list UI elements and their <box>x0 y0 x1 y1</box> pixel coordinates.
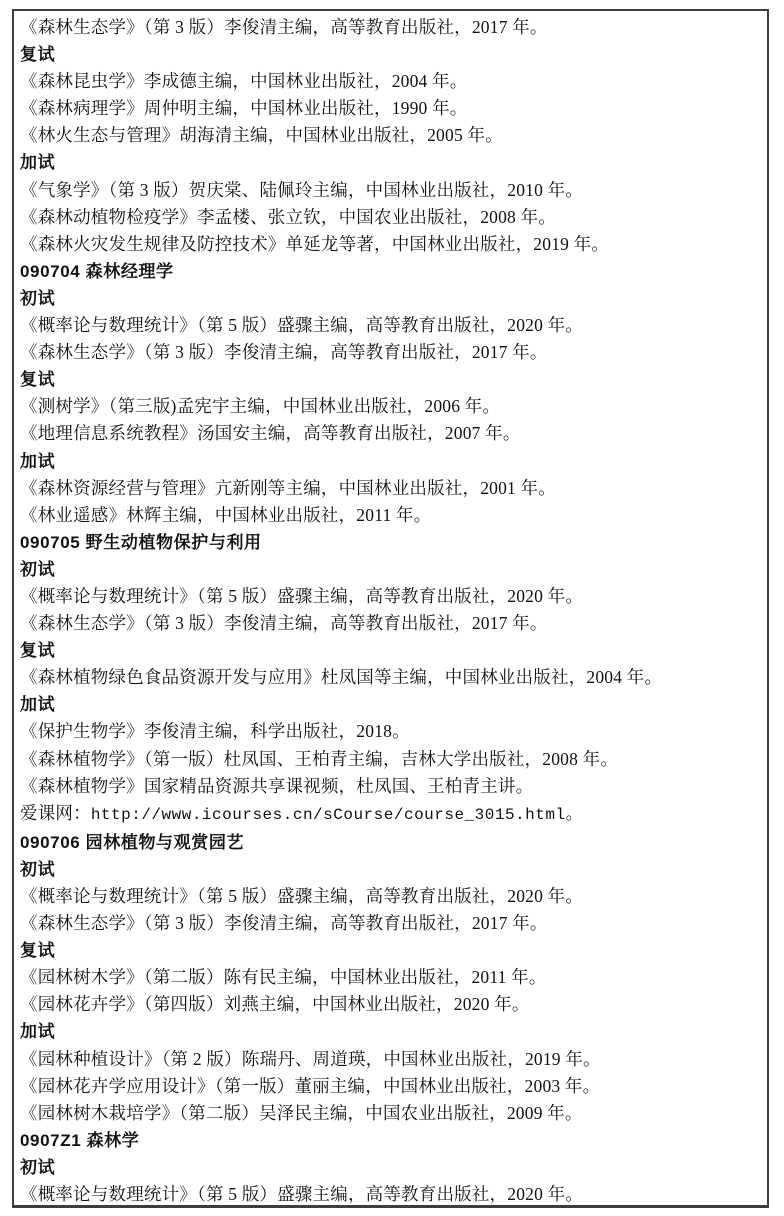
book-entry: 《森林火灾发生规律及防控技术》单延龙等著，中国林业出版社，2019 年。 <box>20 231 759 258</box>
book-entry: 《概率论与数理统计》（第 5 版）盛骤主编，高等教育出版社，2020 年。 <box>20 1181 759 1208</box>
book-entry: 《园林种植设计》（第 2 版）陈瑞丹、周道瑛，中国林业出版社，2019 年。 <box>20 1046 759 1073</box>
section-heading: 复试 <box>20 366 759 393</box>
program-heading: 090706 园林植物与观赏园艺 <box>20 829 759 856</box>
section-heading: 初试 <box>20 556 759 583</box>
book-entry: 《概率论与数理统计》（第 5 版）盛骤主编，高等教育出版社，2020 年。 <box>20 583 759 610</box>
book-entry: 《气象学》（第 3 版）贺庆棠、陆佩玲主编，中国林业出版社，2010 年。 <box>20 177 759 204</box>
book-entry: 《森林资源经营与管理》亢新刚等主编，中国林业出版社，2001 年。 <box>20 475 759 502</box>
book-entry: 《林火生态与管理》胡海清主编，中国林业出版社，2005 年。 <box>20 122 759 149</box>
section-heading: 加试 <box>20 149 759 176</box>
course-link-suffix: 。 <box>566 803 584 823</box>
section-heading: 复试 <box>20 937 759 964</box>
section-heading: 复试 <box>20 41 759 68</box>
section-heading: 复试 <box>20 637 759 664</box>
book-entry: 《森林动植物检疫学》李孟楼、张立钦，中国农业出版社，2008 年。 <box>20 204 759 231</box>
course-link-prefix: 爱课网： <box>20 803 91 823</box>
book-entry: 《测树学》（第三版)孟宪宇主编，中国林业出版社，2006 年。 <box>20 393 759 420</box>
book-entry: 《森林昆虫学》李成德主编，中国林业出版社，2004 年。 <box>20 68 759 95</box>
section-heading: 加试 <box>20 448 759 475</box>
document-page: 《森林生态学》（第 3 版）李俊清主编，高等教育出版社，2017 年。复试《森林… <box>12 9 769 1208</box>
book-entry: 《园林花卉学应用设计》（第一版）董丽主编，中国林业出版社，2003 年。 <box>20 1073 759 1100</box>
book-entry: 《森林生态学》（第 3 版）李俊清主编，高等教育出版社，2017 年。 <box>20 14 759 41</box>
course-link-line: 爱课网：http://www.icourses.cn/sCourse/cours… <box>20 800 759 829</box>
section-heading: 加试 <box>20 1018 759 1045</box>
book-entry: 《森林生态学》（第 3 版）李俊清主编，高等教育出版社，2017 年。 <box>20 339 759 366</box>
book-entry: 《森林生态学》（第 3 版）李俊清主编，高等教育出版社，2017 年。 <box>20 910 759 937</box>
section-heading: 加试 <box>20 691 759 718</box>
book-entry: 《概率论与数理统计》（第 5 版）盛骤主编，高等教育出版社，2020 年。 <box>20 312 759 339</box>
book-entry: 《森林植物绿色食品资源开发与应用》杜凤国等主编，中国林业出版社，2004 年。 <box>20 664 759 691</box>
book-entry: 《地理信息系统教程》汤国安主编，高等教育出版社，2007 年。 <box>20 420 759 447</box>
book-entry: 《园林花卉学》（第四版）刘燕主编，中国林业出版社，2020 年。 <box>20 991 759 1018</box>
program-heading: 0907Z1 森林学 <box>20 1127 759 1154</box>
book-entry: 《林业遥感》林辉主编，中国林业出版社，2011 年。 <box>20 502 759 529</box>
book-entry: 《森林病理学》周仲明主编，中国林业出版社，1990 年。 <box>20 95 759 122</box>
reference-list: 《森林生态学》（第 3 版）李俊清主编，高等教育出版社，2017 年。复试《森林… <box>20 14 759 1208</box>
book-entry: 《森林植物学》国家精品资源共享课视频，杜凤国、王柏青主讲。 <box>20 773 759 800</box>
book-entry: 《森林生态学》（第 3 版）李俊清主编，高等教育出版社，2017 年。 <box>20 610 759 637</box>
book-entry: 《园林树木栽培学》（第二版）吴泽民主编，中国农业出版社，2009 年。 <box>20 1100 759 1127</box>
course-url: http://www.icourses.cn/sCourse/course_30… <box>91 806 566 824</box>
program-heading: 090705 野生动植物保护与利用 <box>20 529 759 556</box>
program-heading: 090704 森林经理学 <box>20 258 759 285</box>
book-entry: 《保护生物学》李俊清主编，科学出版社，2018。 <box>20 718 759 745</box>
book-entry: 《园林树木学》（第二版）陈有民主编，中国林业出版社，2011 年。 <box>20 964 759 991</box>
section-heading: 初试 <box>20 1154 759 1181</box>
section-heading: 初试 <box>20 285 759 312</box>
book-entry: 《概率论与数理统计》（第 5 版）盛骤主编，高等教育出版社，2020 年。 <box>20 883 759 910</box>
section-heading: 初试 <box>20 856 759 883</box>
book-entry: 《森林植物学》（第一版）杜凤国、王柏青主编，吉林大学出版社，2008 年。 <box>20 746 759 773</box>
